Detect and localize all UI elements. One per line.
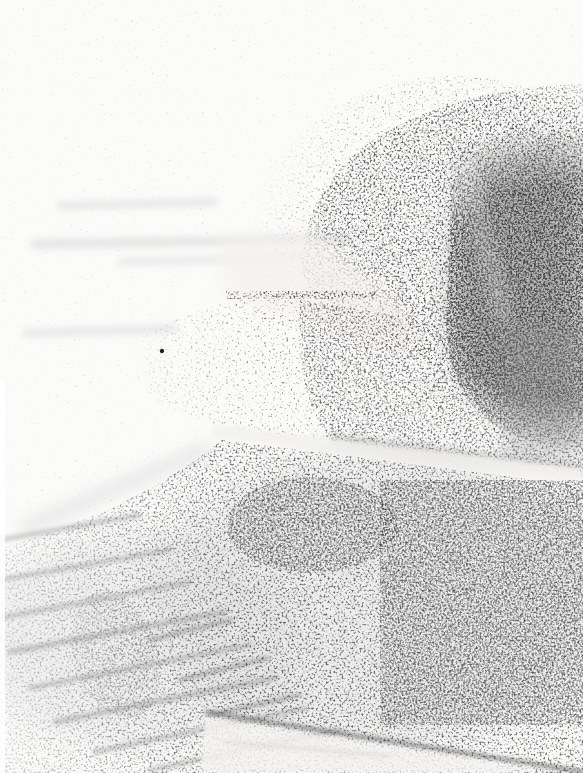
smudge-line	[60, 202, 215, 206]
hill-clump	[227, 477, 397, 573]
monochrome-landscape-photo	[0, 0, 583, 773]
photo-canvas	[0, 0, 583, 773]
hill-right-dense-speckle	[380, 480, 583, 725]
lone-dark-speck	[160, 349, 164, 353]
scan-edge-strip	[0, 380, 5, 773]
right-strip-wash	[505, 325, 583, 460]
lobe-top-edge-dots	[226, 291, 378, 299]
